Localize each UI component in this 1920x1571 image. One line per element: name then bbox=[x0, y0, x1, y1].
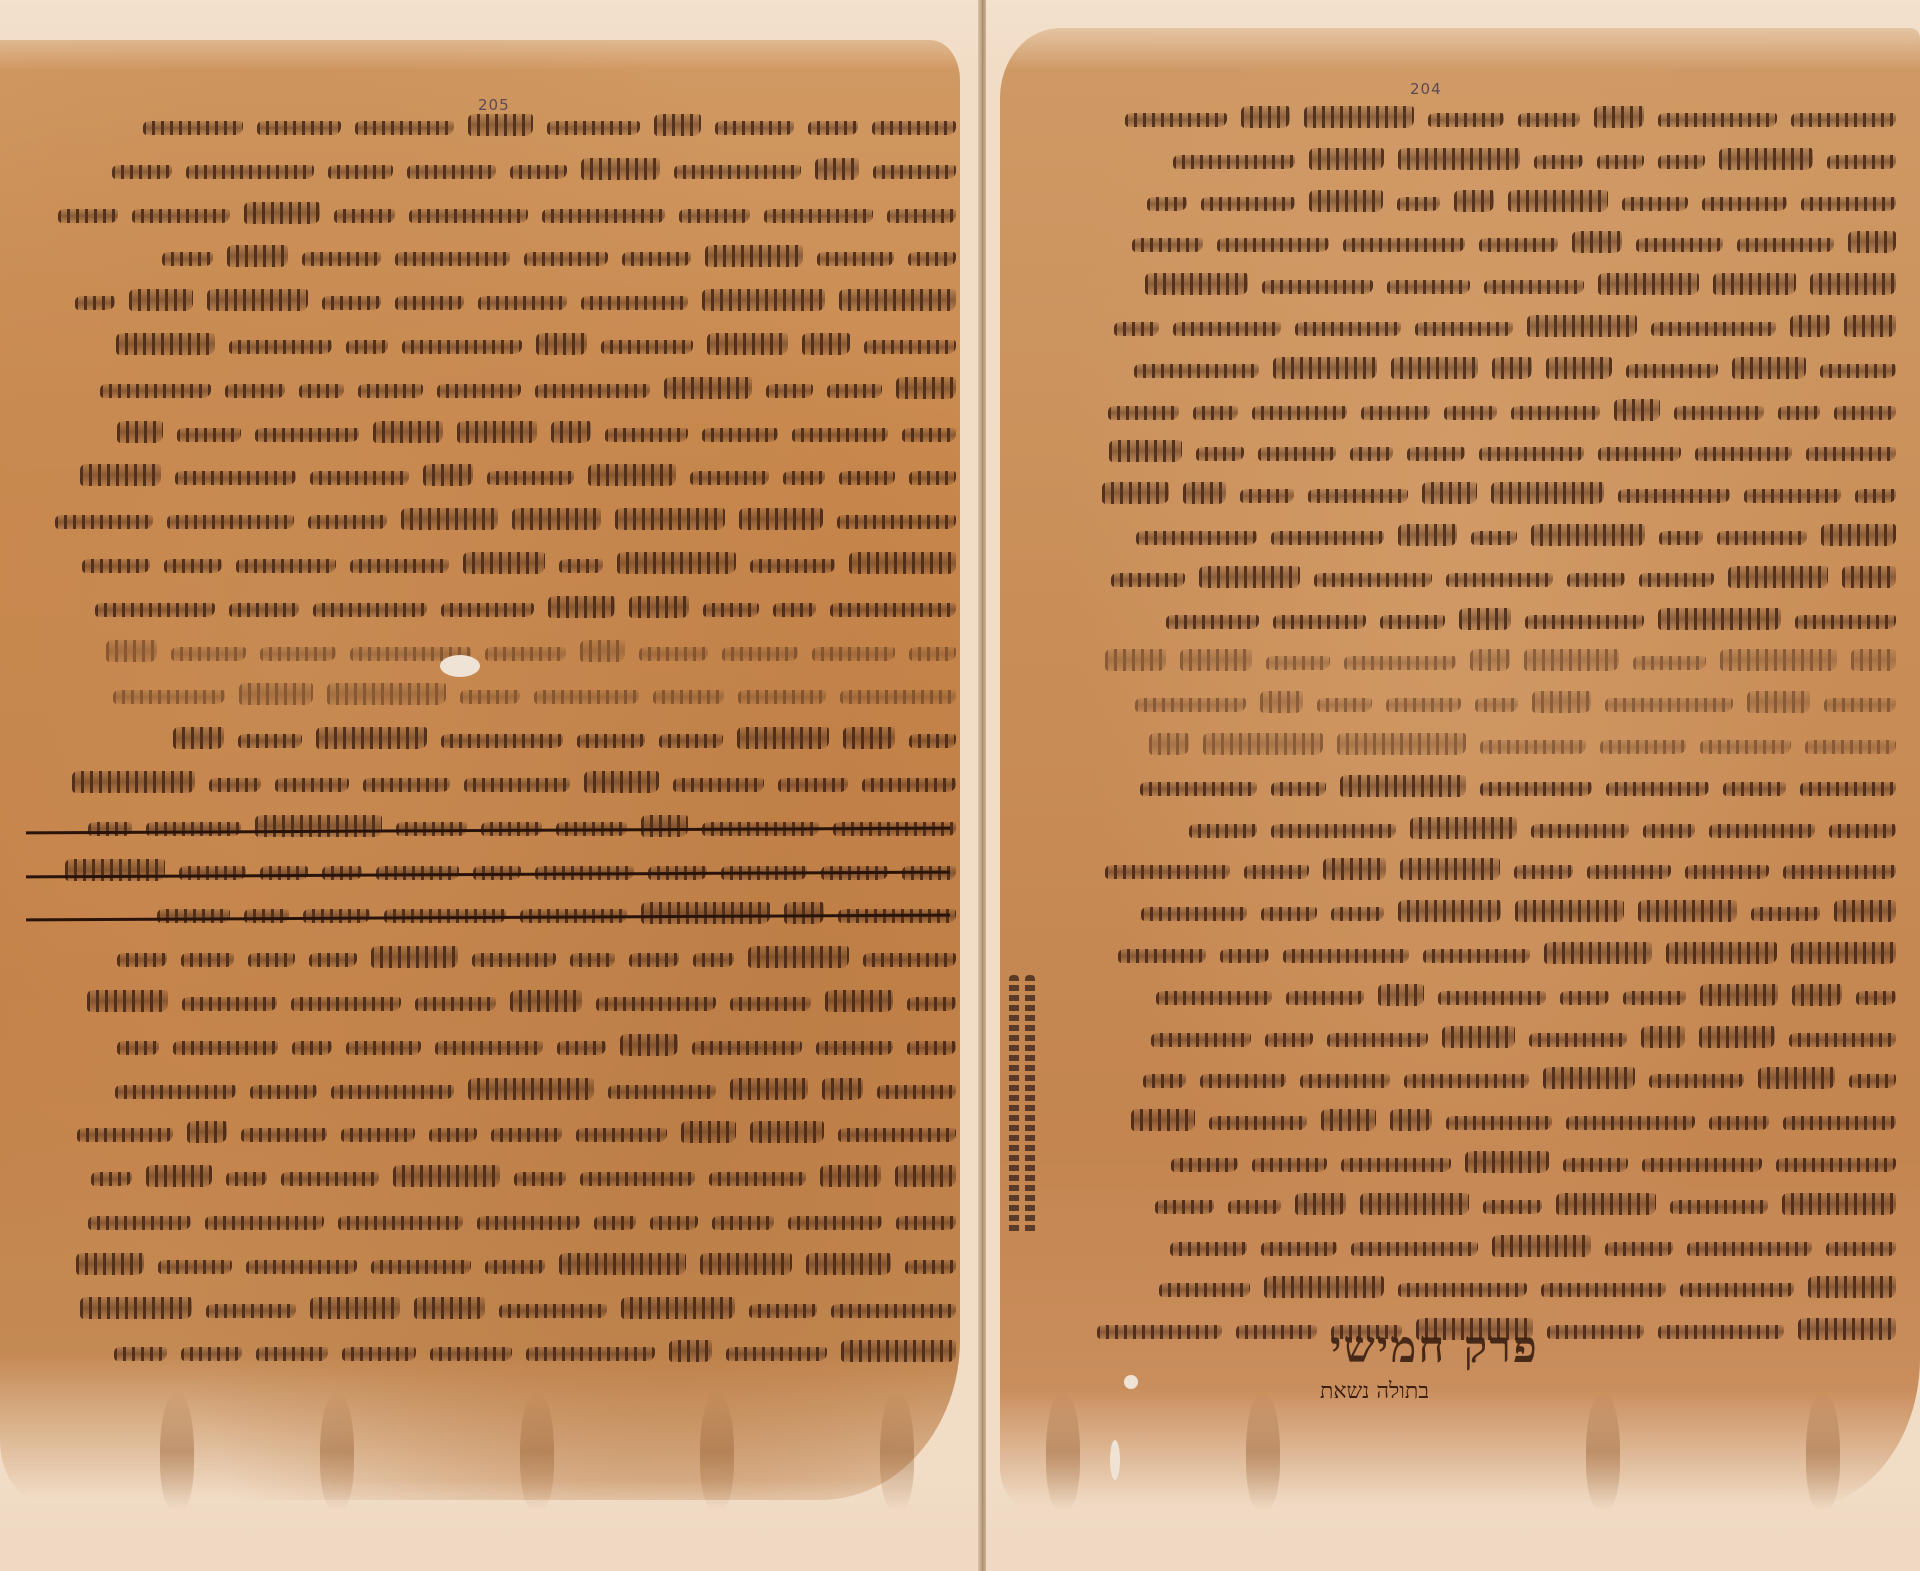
handwritten-word bbox=[1252, 406, 1347, 420]
manuscript-line bbox=[26, 1334, 956, 1374]
handwritten-word bbox=[739, 508, 823, 530]
handwritten-word bbox=[414, 1297, 485, 1319]
page-bottom-edge bbox=[0, 1481, 978, 1571]
handwritten-word bbox=[679, 209, 750, 223]
handwritten-word bbox=[705, 245, 803, 267]
handwritten-word bbox=[244, 202, 320, 224]
handwritten-word bbox=[395, 252, 510, 266]
handwritten-word bbox=[328, 165, 393, 179]
handwritten-word bbox=[132, 209, 230, 223]
folio-number: 204 bbox=[1410, 80, 1442, 98]
manuscript-line bbox=[1076, 685, 1896, 725]
parchment-damage bbox=[1110, 1440, 1120, 1480]
handwritten-word bbox=[1791, 942, 1896, 964]
marginal-note bbox=[1000, 975, 1044, 1235]
handwritten-word bbox=[1114, 322, 1159, 336]
handwritten-word bbox=[581, 158, 660, 180]
handwritten-word bbox=[895, 1165, 956, 1187]
handwritten-word bbox=[80, 1297, 192, 1319]
marginal-note-line bbox=[1025, 975, 1035, 1235]
handwritten-word bbox=[244, 909, 289, 923]
handwritten-word bbox=[700, 1253, 792, 1275]
handwritten-word bbox=[1720, 649, 1837, 671]
handwritten-word bbox=[1321, 1109, 1376, 1131]
manuscript-line bbox=[1076, 894, 1896, 934]
water-stain bbox=[160, 1391, 194, 1511]
handwritten-word bbox=[250, 1085, 317, 1099]
handwritten-word bbox=[1527, 315, 1637, 337]
handwritten-word bbox=[236, 559, 336, 573]
handwritten-word bbox=[1600, 740, 1686, 754]
handwritten-word bbox=[1544, 942, 1652, 964]
handwritten-word bbox=[654, 114, 701, 136]
handwritten-word bbox=[429, 1128, 477, 1142]
handwritten-word bbox=[1446, 1116, 1552, 1130]
handwritten-word bbox=[167, 515, 294, 529]
handwritten-word bbox=[1541, 1283, 1666, 1297]
manuscript-line bbox=[26, 283, 956, 323]
page-top-edge bbox=[0, 0, 978, 70]
handwritten-word bbox=[1423, 949, 1530, 963]
manuscript-line bbox=[26, 327, 956, 367]
handwritten-word bbox=[1856, 991, 1896, 1005]
handwritten-word bbox=[491, 1128, 562, 1142]
manuscript-line bbox=[1076, 1187, 1896, 1227]
handwritten-word bbox=[1199, 566, 1300, 588]
handwritten-word bbox=[1286, 991, 1364, 1005]
handwritten-word bbox=[146, 822, 241, 836]
handwritten-word bbox=[1201, 197, 1295, 211]
handwritten-word bbox=[748, 946, 849, 968]
handwritten-word bbox=[1398, 1283, 1527, 1297]
handwritten-word bbox=[1795, 615, 1896, 629]
handwritten-word bbox=[1442, 1026, 1515, 1048]
handwritten-word bbox=[838, 909, 956, 923]
handwritten-word bbox=[485, 1260, 545, 1274]
handwritten-word bbox=[322, 866, 362, 880]
handwritten-word bbox=[1171, 1158, 1238, 1172]
handwritten-word bbox=[1180, 649, 1252, 671]
handwritten-word bbox=[1410, 817, 1517, 839]
handwritten-word bbox=[873, 165, 956, 179]
handwritten-word bbox=[1674, 406, 1764, 420]
handwritten-word bbox=[143, 121, 243, 135]
handwritten-word bbox=[1483, 1200, 1542, 1214]
manuscript-line bbox=[26, 765, 956, 805]
handwritten-word bbox=[241, 1128, 327, 1142]
handwritten-word bbox=[112, 165, 172, 179]
handwritten-word bbox=[1273, 357, 1377, 379]
handwritten-word bbox=[1618, 489, 1730, 503]
handwritten-word bbox=[1240, 489, 1294, 503]
handwritten-word bbox=[887, 209, 956, 223]
handwritten-word bbox=[581, 296, 688, 310]
handwritten-word bbox=[1145, 273, 1248, 295]
handwritten-word bbox=[1398, 524, 1457, 546]
handwritten-word bbox=[580, 640, 625, 662]
handwritten-word bbox=[551, 421, 591, 443]
handwritten-word bbox=[1295, 1193, 1346, 1215]
handwritten-word bbox=[1295, 322, 1401, 336]
handwritten-word bbox=[481, 822, 542, 836]
handwritten-word bbox=[1639, 573, 1714, 587]
handwritten-word bbox=[1228, 1200, 1281, 1214]
handwritten-word bbox=[1713, 273, 1796, 295]
water-stain bbox=[1806, 1391, 1840, 1511]
handwritten-word bbox=[1360, 1193, 1469, 1215]
handwritten-word bbox=[641, 902, 770, 924]
handwritten-word bbox=[778, 778, 848, 792]
handwritten-word bbox=[1479, 238, 1558, 252]
handwritten-word bbox=[510, 990, 582, 1012]
handwritten-word bbox=[542, 209, 665, 223]
text-column bbox=[26, 108, 956, 1378]
handwritten-word bbox=[75, 296, 115, 310]
manuscript-line bbox=[26, 809, 956, 849]
handwritten-word bbox=[117, 953, 167, 967]
marginal-note-line bbox=[1009, 975, 1019, 1235]
handwritten-word bbox=[1605, 1242, 1673, 1256]
handwritten-word bbox=[430, 1347, 512, 1361]
handwritten-word bbox=[653, 690, 724, 704]
handwritten-word bbox=[117, 1041, 159, 1055]
handwritten-word bbox=[1135, 698, 1246, 712]
manuscript-line bbox=[1076, 560, 1896, 600]
manuscript-line bbox=[1076, 643, 1896, 683]
handwritten-word bbox=[281, 1172, 379, 1186]
handwritten-word bbox=[1800, 782, 1896, 796]
handwritten-word bbox=[1792, 984, 1842, 1006]
handwritten-word bbox=[1398, 900, 1501, 922]
manuscript-line bbox=[26, 546, 956, 586]
handwritten-word bbox=[802, 333, 850, 355]
manuscript-line bbox=[1076, 852, 1896, 892]
handwritten-word bbox=[820, 1165, 881, 1187]
handwritten-word bbox=[248, 953, 295, 967]
handwritten-word bbox=[1511, 406, 1600, 420]
handwritten-word bbox=[1658, 608, 1781, 630]
handwritten-word bbox=[1699, 1026, 1775, 1048]
handwritten-word bbox=[1097, 1325, 1222, 1339]
handwritten-word bbox=[460, 690, 520, 704]
text-column bbox=[1076, 100, 1896, 1354]
water-stain bbox=[1046, 1391, 1080, 1511]
handwritten-word bbox=[1156, 991, 1272, 1005]
manuscript-line bbox=[1076, 142, 1896, 182]
handwritten-word bbox=[1422, 482, 1477, 504]
handwritten-word bbox=[722, 647, 798, 661]
handwritten-word bbox=[1566, 1116, 1695, 1130]
handwritten-word bbox=[1572, 231, 1622, 253]
manuscript-line bbox=[1076, 518, 1896, 558]
handwritten-word bbox=[88, 822, 132, 836]
handwritten-word bbox=[1258, 447, 1336, 461]
handwritten-word bbox=[1626, 364, 1718, 378]
handwritten-word bbox=[580, 1172, 695, 1186]
handwritten-word bbox=[596, 997, 716, 1011]
handwritten-word bbox=[1200, 1074, 1286, 1088]
handwritten-word bbox=[1806, 447, 1896, 461]
handwritten-word bbox=[1471, 531, 1517, 545]
manuscript-line bbox=[1076, 100, 1896, 140]
handwritten-word bbox=[673, 778, 764, 792]
handwritten-word bbox=[487, 471, 574, 485]
handwritten-word bbox=[1327, 1033, 1428, 1047]
handwritten-word bbox=[608, 1085, 716, 1099]
manuscript-line bbox=[1076, 1229, 1896, 1269]
handwritten-word bbox=[1125, 113, 1227, 127]
handwritten-word bbox=[1700, 984, 1778, 1006]
handwritten-word bbox=[1438, 991, 1546, 1005]
page-bottom-edge bbox=[986, 1481, 1920, 1571]
handwritten-word bbox=[559, 559, 603, 573]
handwritten-word bbox=[1719, 148, 1813, 170]
handwritten-word bbox=[1166, 615, 1259, 629]
handwritten-word bbox=[839, 471, 895, 485]
handwritten-word bbox=[559, 1253, 686, 1275]
handwritten-word bbox=[1380, 615, 1445, 629]
handwritten-word bbox=[1687, 1242, 1812, 1256]
handwritten-word bbox=[750, 1121, 824, 1143]
manuscript-line bbox=[26, 853, 956, 893]
handwritten-word bbox=[338, 1216, 463, 1230]
manuscript-line bbox=[1076, 267, 1896, 307]
handwritten-word bbox=[641, 815, 688, 837]
handwritten-word bbox=[1560, 991, 1609, 1005]
handwritten-word bbox=[257, 121, 341, 135]
handwritten-word bbox=[423, 464, 473, 486]
handwritten-word bbox=[648, 866, 707, 880]
handwritten-word bbox=[1404, 1074, 1529, 1088]
handwritten-word bbox=[896, 377, 956, 399]
handwritten-word bbox=[409, 209, 528, 223]
handwritten-word bbox=[1340, 775, 1466, 797]
handwritten-word bbox=[1140, 782, 1257, 796]
parchment-damage bbox=[440, 655, 480, 677]
handwritten-word bbox=[1587, 865, 1671, 879]
handwritten-word bbox=[730, 997, 811, 1011]
handwritten-word bbox=[1659, 531, 1703, 545]
handwritten-word bbox=[1821, 524, 1896, 546]
handwritten-word bbox=[1147, 197, 1187, 211]
manuscript-line bbox=[1076, 1020, 1896, 1060]
handwritten-word bbox=[1444, 406, 1497, 420]
handwritten-word bbox=[726, 1347, 827, 1361]
handwritten-word bbox=[1387, 280, 1470, 294]
handwritten-word bbox=[229, 340, 332, 354]
handwritten-word bbox=[831, 1304, 956, 1318]
handwritten-word bbox=[1851, 649, 1896, 671]
handwritten-word bbox=[1283, 949, 1409, 963]
handwritten-word bbox=[1149, 733, 1189, 755]
handwritten-word bbox=[1492, 357, 1532, 379]
handwritten-word bbox=[331, 1085, 454, 1099]
handwritten-word bbox=[1641, 1026, 1685, 1048]
manuscript-line bbox=[26, 1028, 956, 1068]
handwritten-word bbox=[1491, 482, 1604, 504]
handwritten-word bbox=[1534, 155, 1583, 169]
handwritten-word bbox=[1252, 1158, 1327, 1172]
handwritten-word bbox=[158, 1260, 232, 1274]
handwritten-word bbox=[524, 252, 608, 266]
manuscript-line bbox=[26, 152, 956, 192]
handwritten-word bbox=[1236, 1325, 1317, 1339]
handwritten-word bbox=[1151, 1033, 1251, 1047]
handwritten-word bbox=[1118, 949, 1206, 963]
handwritten-word bbox=[327, 683, 446, 705]
handwritten-word bbox=[350, 559, 449, 573]
manuscript-line bbox=[1076, 393, 1896, 433]
handwritten-word bbox=[709, 1172, 806, 1186]
handwritten-word bbox=[1827, 155, 1896, 169]
handwritten-word bbox=[485, 647, 566, 661]
manuscript-line bbox=[1076, 978, 1896, 1018]
handwritten-word bbox=[1798, 1318, 1896, 1340]
handwritten-word bbox=[308, 515, 387, 529]
handwritten-word bbox=[162, 252, 213, 266]
handwritten-word bbox=[1109, 440, 1182, 462]
handwritten-word bbox=[1102, 482, 1169, 504]
handwritten-word bbox=[510, 165, 567, 179]
handwritten-word bbox=[1709, 1116, 1769, 1130]
handwritten-word bbox=[1680, 1283, 1794, 1297]
handwritten-word bbox=[393, 1165, 500, 1187]
handwritten-word bbox=[1308, 489, 1408, 503]
handwritten-word bbox=[468, 1078, 594, 1100]
handwritten-word bbox=[837, 515, 956, 529]
left-page: 205 bbox=[0, 0, 978, 1571]
handwritten-word bbox=[114, 1347, 167, 1361]
parchment-damage bbox=[1124, 1375, 1138, 1389]
handwritten-word bbox=[1400, 858, 1500, 880]
handwritten-word bbox=[1805, 740, 1896, 754]
handwritten-word bbox=[1532, 691, 1591, 713]
handwritten-word bbox=[520, 909, 627, 923]
manuscript-line bbox=[1076, 769, 1896, 809]
handwritten-word bbox=[1842, 566, 1896, 588]
handwritten-word bbox=[256, 1347, 328, 1361]
manuscript-line bbox=[1076, 434, 1896, 474]
handwritten-word bbox=[535, 384, 650, 398]
manuscript-line bbox=[1076, 602, 1896, 642]
handwritten-word bbox=[1723, 782, 1786, 796]
handwritten-word bbox=[310, 1297, 400, 1319]
manuscript-line bbox=[26, 1115, 956, 1155]
handwritten-word bbox=[715, 121, 794, 135]
handwritten-word bbox=[1266, 656, 1330, 670]
handwritten-word bbox=[1623, 991, 1686, 1005]
manuscript-line bbox=[26, 108, 956, 148]
handwritten-word bbox=[435, 1041, 543, 1055]
handwritten-word bbox=[291, 997, 401, 1011]
handwritten-word bbox=[1351, 1242, 1478, 1256]
handwritten-word bbox=[175, 471, 296, 485]
handwritten-word bbox=[171, 647, 246, 661]
handwritten-word bbox=[702, 822, 819, 836]
handwritten-word bbox=[1598, 447, 1681, 461]
handwritten-word bbox=[1407, 447, 1465, 461]
manuscript-line bbox=[1076, 936, 1896, 976]
handwritten-word bbox=[1783, 1116, 1896, 1130]
handwritten-word bbox=[902, 428, 956, 442]
handwritten-word bbox=[1700, 740, 1791, 754]
handwritten-word bbox=[535, 866, 634, 880]
handwritten-word bbox=[822, 1078, 863, 1100]
handwritten-word bbox=[309, 953, 357, 967]
handwritten-word bbox=[841, 1340, 956, 1362]
handwritten-word bbox=[512, 508, 601, 530]
handwritten-word bbox=[1397, 197, 1440, 211]
page-top-edge bbox=[986, 0, 1920, 70]
handwritten-word bbox=[1636, 238, 1723, 252]
manuscript-line bbox=[26, 1159, 956, 1199]
handwritten-word bbox=[664, 377, 752, 399]
handwritten-word bbox=[316, 727, 427, 749]
handwritten-word bbox=[1343, 238, 1465, 252]
handwritten-word bbox=[1606, 782, 1709, 796]
handwritten-word bbox=[1776, 1158, 1896, 1172]
handwritten-word bbox=[905, 1260, 956, 1274]
handwritten-word bbox=[303, 909, 370, 923]
handwritten-word bbox=[472, 953, 556, 967]
handwritten-word bbox=[1747, 691, 1810, 713]
handwritten-word bbox=[1264, 1276, 1384, 1298]
handwritten-word bbox=[1479, 447, 1584, 461]
handwritten-word bbox=[177, 428, 241, 442]
handwritten-word bbox=[1271, 824, 1396, 838]
handwritten-word bbox=[1695, 447, 1792, 461]
manuscript-line bbox=[1076, 1061, 1896, 1101]
handwritten-word bbox=[792, 428, 888, 442]
handwritten-word bbox=[464, 778, 570, 792]
handwritten-word bbox=[650, 1216, 698, 1230]
manuscript-line bbox=[26, 371, 956, 411]
handwritten-word bbox=[260, 866, 308, 880]
handwritten-word bbox=[730, 1078, 808, 1100]
handwritten-word bbox=[477, 1216, 580, 1230]
water-stain bbox=[880, 1391, 914, 1511]
handwritten-word bbox=[536, 333, 587, 355]
handwritten-word bbox=[1183, 482, 1226, 504]
handwritten-word bbox=[1622, 197, 1688, 211]
handwritten-word bbox=[65, 859, 165, 881]
handwritten-word bbox=[659, 734, 723, 748]
handwritten-word bbox=[1454, 190, 1494, 212]
handwritten-word bbox=[639, 647, 708, 661]
handwritten-word bbox=[738, 690, 826, 704]
handwritten-word bbox=[1220, 949, 1269, 963]
handwritten-word bbox=[1820, 364, 1896, 378]
handwritten-word bbox=[106, 640, 157, 662]
handwritten-word bbox=[548, 596, 615, 618]
handwritten-word bbox=[1134, 364, 1259, 378]
handwritten-word bbox=[146, 1165, 212, 1187]
handwritten-word bbox=[702, 428, 778, 442]
handwritten-word bbox=[91, 1172, 132, 1186]
handwritten-word bbox=[817, 252, 894, 266]
handwritten-word bbox=[1484, 280, 1584, 294]
handwritten-word bbox=[1844, 315, 1896, 337]
handwritten-word bbox=[1649, 1074, 1744, 1088]
handwritten-word bbox=[1136, 531, 1257, 545]
handwritten-word bbox=[1658, 155, 1705, 169]
handwritten-word bbox=[788, 1216, 882, 1230]
handwritten-word bbox=[1398, 148, 1520, 170]
handwritten-word bbox=[909, 647, 956, 661]
handwritten-word bbox=[1314, 573, 1432, 587]
handwritten-word bbox=[206, 1304, 296, 1318]
handwritten-word bbox=[703, 603, 759, 617]
